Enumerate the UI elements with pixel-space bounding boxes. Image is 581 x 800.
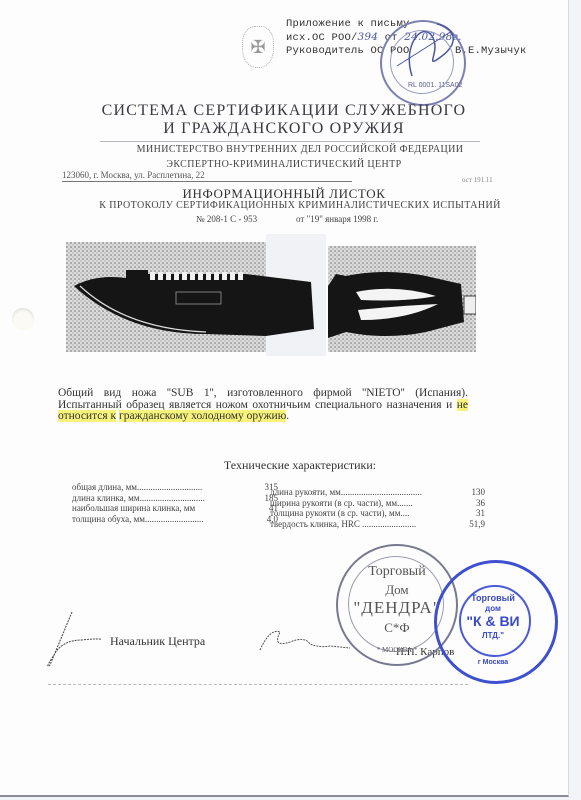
knife-photo (66, 234, 476, 356)
spec-value: 130 (472, 487, 486, 498)
protocol-date: от "19" января 1998 г. (296, 214, 378, 224)
punch-hole (12, 308, 34, 330)
spec-row: длина рукояти, мм.......................… (270, 487, 485, 498)
description-end: . (286, 410, 289, 422)
spec-label: длина рукояти, мм.......................… (270, 487, 422, 498)
letter-ref-prefix: исх.ОС РОО/ (286, 32, 358, 44)
ministry-name: МИНИСТЕРСТВО ВНУТРЕННИХ ДЕЛ РОССИЙСКОЙ Ф… (0, 144, 581, 155)
specs-title: Технические характеристики: (0, 458, 581, 473)
spec-row: длина клинка, мм........................… (72, 493, 278, 504)
document-page: Приложение к письму исх.ОС РОО/394 от 24… (0, 0, 569, 797)
spec-label: толщина обуха, мм.......................… (72, 514, 204, 525)
spec-value: 31 (476, 508, 485, 519)
stamp-city: г Москва (437, 659, 549, 666)
divider (100, 141, 480, 142)
handwritten-number: 394 (358, 31, 379, 43)
chief-label: Начальник Центра (110, 634, 205, 649)
signer-name: В.Е.Музычук (455, 45, 527, 57)
spec-label: твердость клинка, HRC ..................… (270, 519, 416, 530)
chief-signature-icon (42, 610, 102, 670)
sheet-subtitle: К ПРОТОКОЛУ СЕРТИФИКАЦИОННЫХ КРИМИНАЛИСТ… (0, 200, 581, 211)
system-title-line2: И ГРАЖДАНСКОГО ОРУЖИЯ (0, 120, 568, 138)
spec-label: ширина рукояти (в ср. части), мм....... (270, 498, 413, 509)
signature-scribble-icon (392, 16, 462, 86)
spec-label: наибольшая ширина клинка, мм (72, 503, 195, 514)
highlighted-text-2: гражданскому холодному оружию (119, 410, 286, 422)
spec-row: толщина рукояти (в ср. части), мм....31 (270, 508, 485, 519)
center-address: 123060, г. Москва, ул. Расплетина, 22 (62, 170, 205, 180)
stamp-line: дом (437, 604, 549, 613)
stamp-city: * МОСКВА * (338, 646, 456, 654)
spec-label: длина клинка, мм........................… (72, 493, 205, 504)
system-title-line1: СИСТЕМА СЕРТИФИКАЦИИ СЛУЖЕБНОГО (0, 102, 568, 120)
spec-value: 51,9 (469, 519, 485, 530)
spec-row: общая длина, мм.........................… (72, 482, 278, 493)
spec-label: общая длина, мм.........................… (72, 482, 202, 493)
center-name: ЭКСПЕРТНО-КРИМИНАЛИСТИЧЕСКИЙ ЦЕНТР (0, 159, 568, 170)
certification-stamp: RL 0001. 11SA02 (380, 20, 466, 106)
spec-row: наибольшая ширина клинка, мм41 (72, 503, 278, 514)
spec-value: 36 (476, 498, 485, 509)
stamp-line: Торговый (338, 564, 456, 580)
stamp-line: Торговый (437, 593, 549, 603)
spec-row: ширина рукояти (в ср. части), мм.......3… (270, 498, 485, 509)
stamp-line: ЛТД." (437, 631, 549, 640)
spec-row: твердость клинка, HRC ..................… (270, 519, 485, 530)
protocol-number: № 208-1 С - 953 (196, 214, 257, 224)
coat-of-arms-icon: ✠ (242, 26, 274, 68)
spec-row: толщина обуха, мм.......................… (72, 514, 278, 525)
description-text: Общий вид ножа ''SUB 1'', изготовленного… (58, 387, 468, 411)
kvi-stamp: Торговый дом "К & ВИ ЛТД." г Москва (434, 560, 558, 684)
specs-left-column: общая длина, мм.........................… (72, 482, 278, 524)
footer-divider (48, 684, 468, 686)
stamp-line: "К & ВИ (437, 613, 549, 629)
reference-code: ост 191.11 (462, 176, 493, 184)
spec-label: толщина рукояти (в ср. части), мм.... (270, 508, 409, 519)
description-paragraph: Общий вид ножа ''SUB 1'', изготовленного… (58, 388, 468, 423)
address-underline (62, 181, 352, 182)
specs-right-column: длина рукояти, мм.......................… (270, 487, 490, 529)
